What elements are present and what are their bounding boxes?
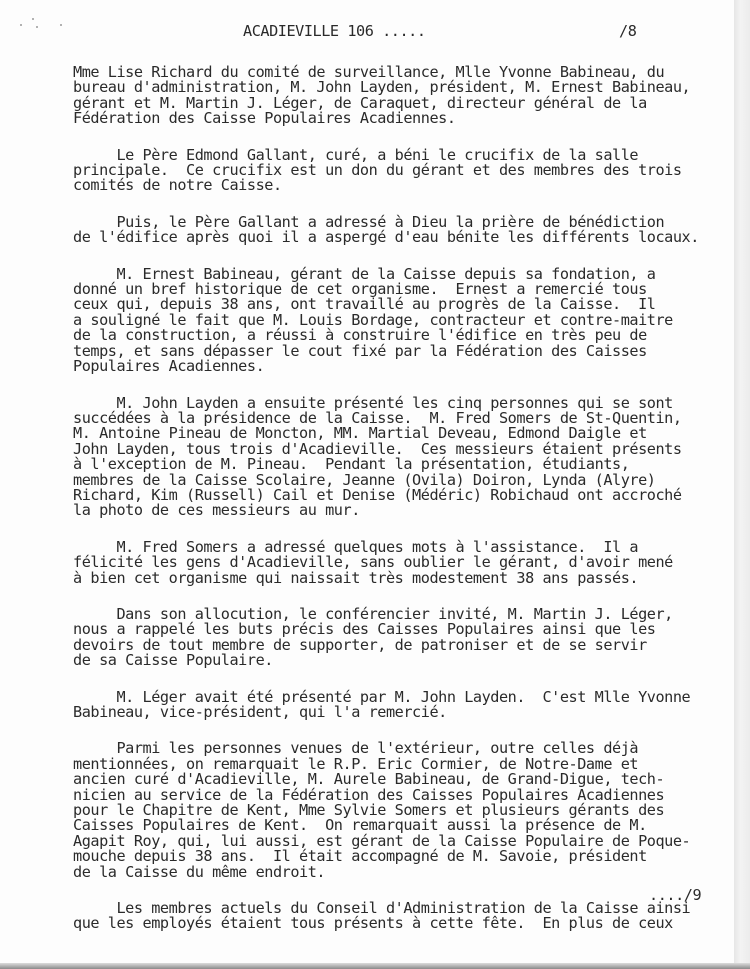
paragraph: M. Ernest Babineau, gérant de la Caisse … [73,267,733,375]
text-line: Babineau, vice-président, qui l'a remerc… [73,705,733,720]
typewritten-page: ACADIEVILLE 106 ..... /8 Mme Lise Richar… [0,0,734,963]
page-number: /8 [619,24,636,39]
paper-right-edge [734,0,750,969]
header-title: ACADIEVILLE 106 ..... [243,24,426,39]
text-line: comités de notre Caisse. [73,178,733,193]
text-line: de l'édifice après quoi il a aspergé d'e… [73,230,733,245]
paper-specks [18,14,68,34]
paragraph: M. Fred Somers a adressé quelques mots à… [73,540,733,586]
paragraph: M. Léger avait été présenté par M. John … [73,690,733,721]
paragraph: Puis, le Père Gallant a adressé à Dieu l… [73,215,733,246]
text-line: de sa Caisse Populaire. [73,653,733,668]
paragraph: Mme Lise Richard du comité de surveillan… [73,65,733,127]
paragraph: Parmi les personnes venues de l'extérieu… [73,741,733,880]
text-line: que les employés étaient tous présents à… [73,916,733,931]
text-line: la photo de ces messieurs au mur. [73,503,733,518]
paragraph: Dans son allocution, le conférencier inv… [73,607,733,669]
paragraph: Le Père Edmond Gallant, curé, a béni le … [73,148,733,194]
document-body: Mme Lise Richard du comité de surveillan… [73,65,733,953]
paper-bottom-edge [0,963,750,969]
text-line: à bien cet organisme qui naissait très m… [73,571,733,586]
continued-page-marker: ..../9 [649,888,701,903]
text-line: Populaires Acadiennes. [73,359,733,374]
text-line: Fédération des Caisse Populaires Acadien… [73,111,733,126]
paragraph: M. John Layden a ensuite présenté les ci… [73,396,733,519]
paragraph: Les membres actuels du Conseil d'Adminis… [73,901,733,932]
text-line: de la Caisse du même endroit. [73,865,733,880]
